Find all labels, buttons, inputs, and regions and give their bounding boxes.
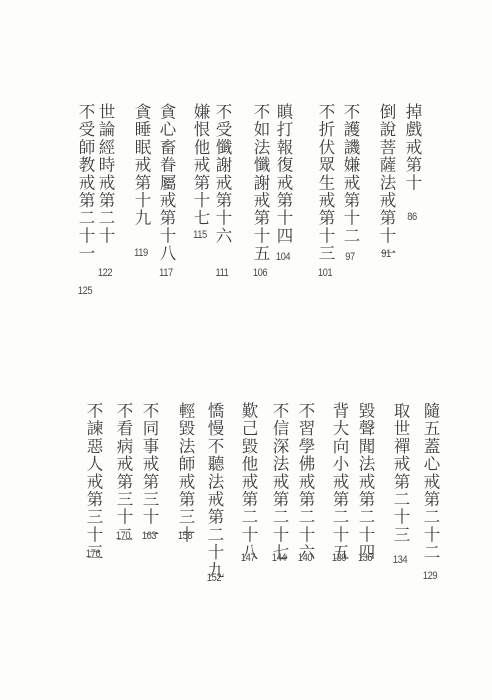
toc-entry-title: 不諫惡人戒第三十三 [84,402,102,561]
toc-entry-title: 毀聲聞法戒第二十四 [356,402,374,561]
toc-entry[interactable]: 歎己毀他戒第二十八 147 [239,402,257,561]
toc-entry-title: 不受懺謝戒第十六 [213,103,231,245]
toc-entry-title: 取世禪戒第二十三 [391,402,409,544]
table-of-contents-page: 掉戲戒第十 86 倒說菩薩法戒第十一 91 不護譏嫌戒第十二 97 不折伏眾生戒… [0,0,492,700]
toc-entry[interactable]: 不如法懺謝戒第十五 106 [251,103,269,262]
toc-entry[interactable]: 掉戲戒第十 86 [403,103,421,192]
toc-entry-page: 117 [156,267,176,279]
toc-entry-page: 144 [269,552,289,564]
toc-entry-title: 倒說菩薩法戒第十一 [377,103,395,262]
toc-entry-title: 不同事戒第三十一 [140,402,158,544]
toc-entry[interactable]: 不諫惡人戒第三十三 176 [84,402,102,561]
toc-entry-title: 不折伏眾生戒第十三 [316,103,334,262]
toc-entry[interactable]: 憍慢不聽法戒第二十九 152 [205,402,223,579]
toc-entry[interactable]: 背大向小戒第二十五 139 [330,402,348,561]
toc-entry-title: 瞋打報復戒第十四 [274,103,292,245]
toc-entry[interactable]: 取世禪戒第二十三 134 [391,402,409,544]
toc-entry-page: 97 [340,251,360,263]
toc-entry-title: 隨五蓋心戒第二十二 [421,402,439,561]
toc-entry[interactable]: 毀聲聞法戒第二十四 136 [356,402,374,561]
toc-entry[interactable]: 不折伏眾生戒第十三 101 [316,103,334,262]
toc-entry[interactable]: 不受師教戒第二十一 125 [76,103,94,262]
toc-entry[interactable]: 貪睡眠戒第十九 119 [132,103,150,227]
toc-entry-title: 不信深法戒第二十七 [270,402,288,561]
toc-entry[interactable]: 隨五蓋心戒第二十二 129 [421,402,439,561]
toc-entry[interactable]: 不受懺謝戒第十六 111 [213,103,231,245]
toc-entry[interactable]: 不護譏嫌戒第十二 97 [341,103,359,245]
toc-entry-title: 背大向小戒第二十五 [330,402,348,561]
toc-entry-page: 104 [273,251,293,263]
toc-entry-title: 貪心畜眷屬戒第十八 [157,103,175,262]
toc-entry-page: 140 [295,552,315,564]
toc-entry-title: 歎己毀他戒第二十八 [239,402,257,561]
toc-entry-page: 86 [402,211,422,223]
toc-entry-page: 152 [204,572,224,584]
toc-entry-page: 119 [131,247,151,259]
toc-entry[interactable]: 世論經時戒第二十 122 [96,103,114,245]
toc-entry[interactable]: 嫌恨他戒第十七 115 [191,103,209,227]
toc-entry-page: 129 [420,570,440,582]
toc-entry-page: 134 [390,554,410,566]
toc-entry-title: 嫌恨他戒第十七 [191,103,209,227]
toc-entry-title: 不如法懺謝戒第十五 [251,103,269,262]
toc-entry-page: 163 [139,530,159,542]
toc-entry-page: 139 [329,552,349,564]
toc-entry-page: 115 [190,229,210,241]
toc-entry[interactable]: 不同事戒第三十一 163 [140,402,158,544]
toc-entry-page: 106 [250,267,270,279]
toc-entry-title: 貪睡眠戒第十九 [132,103,150,227]
toc-entry-page: 147 [238,552,258,564]
toc-entry[interactable]: 不看病戒第三十二 170 [114,402,132,544]
toc-entry-page: 125 [75,285,95,297]
toc-entry[interactable]: 貪心畜眷屬戒第十八 117 [157,103,175,262]
toc-entry-page: 122 [95,267,115,279]
toc-entry-page: 176 [83,548,103,560]
toc-entry[interactable]: 瞋打報復戒第十四 104 [274,103,292,245]
toc-entry-page: 91 [376,248,396,260]
toc-entry[interactable]: 不信深法戒第二十七 144 [270,402,288,561]
toc-entry-title: 輕毀法師戒第三十 [176,402,194,544]
toc-entry-title: 憍慢不聽法戒第二十九 [205,402,223,579]
toc-entry-page: 111 [212,267,232,279]
toc-entry-page: 158 [175,530,195,542]
toc-entry-page: 136 [355,552,375,564]
toc-entry[interactable]: 輕毀法師戒第三十 158 [176,402,194,544]
toc-entry-page: 101 [315,267,335,279]
toc-entry-title: 掉戲戒第十 [403,103,421,192]
toc-entry[interactable]: 倒說菩薩法戒第十一 91 [377,103,395,262]
toc-entry[interactable]: 不習學佛戒第二十六 140 [296,402,314,561]
toc-entry-title: 不看病戒第三十二 [114,402,132,544]
toc-entry-page: 170 [113,530,133,542]
toc-entry-title: 不習學佛戒第二十六 [296,402,314,561]
toc-entry-title: 不護譏嫌戒第十二 [341,103,359,245]
toc-entry-title: 不受師教戒第二十一 [76,103,94,262]
toc-entry-title: 世論經時戒第二十 [96,103,114,245]
